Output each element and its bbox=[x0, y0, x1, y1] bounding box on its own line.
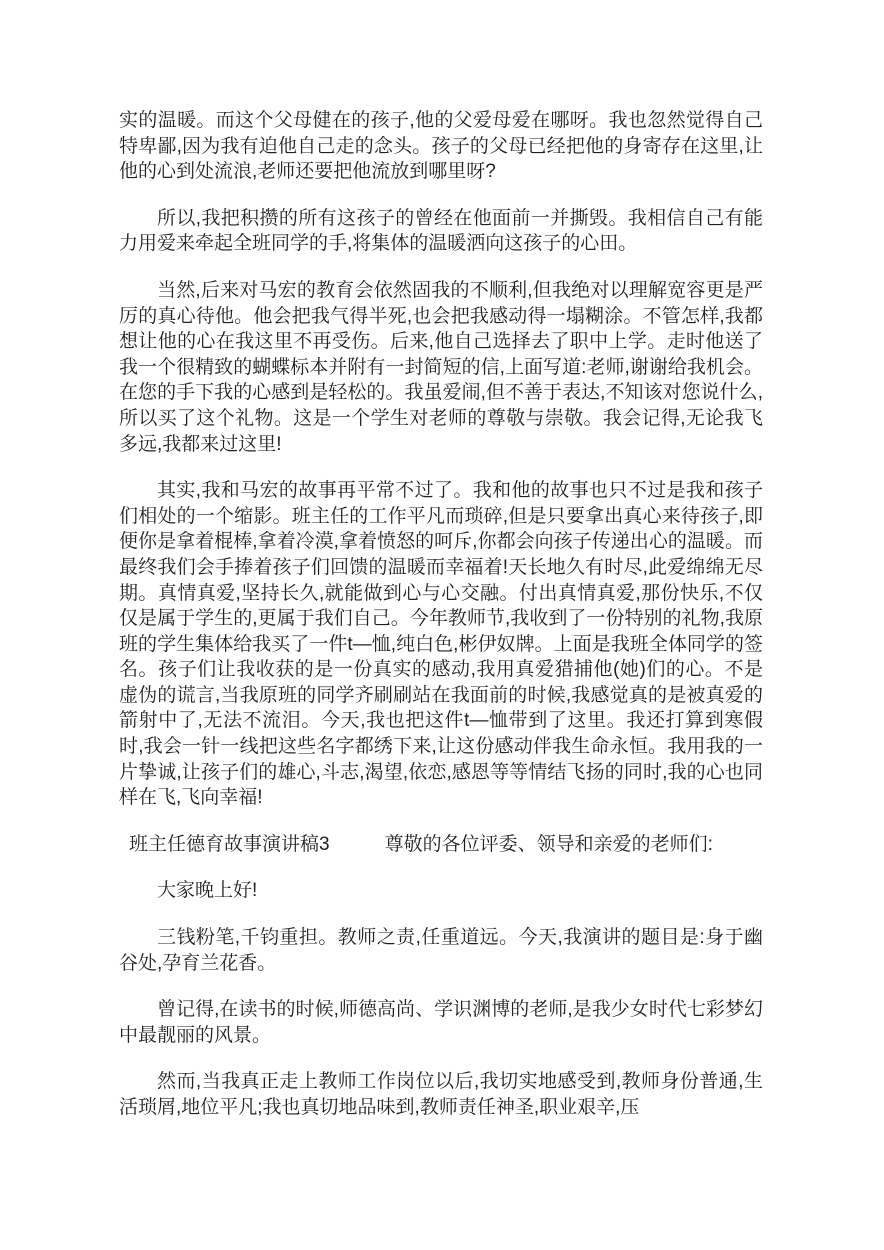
section-heading-title: 班主任德育故事演讲稿3 bbox=[129, 834, 330, 855]
section-heading-salutation: 尊敬的各位评委、领导和亲爱的老师们: bbox=[385, 834, 713, 855]
paragraph-greeting: 大家晚上好! bbox=[119, 878, 763, 904]
paragraph-memory: 曾记得,在读书的时候,师德高尚、学识渊博的老师,是我少女时代七彩梦幻中最靓丽的风… bbox=[119, 997, 763, 1048]
paragraph-mahong-education: 当然,后来对马宏的教育会依然固我的不顺利,但我绝对以理解宽容更是严厉的真心待他。… bbox=[119, 278, 763, 457]
paragraph-teaching-reality: 然而,当我真正走上教师工作岗位以后,我切实地感受到,教师身份普通,生活琐屑,地位… bbox=[119, 1069, 763, 1120]
document-content: 实的温暖。而这个父母健在的孩子,他的父爱母爱在哪呀。我也忽然觉得自己特卑鄙,因为… bbox=[119, 108, 763, 1142]
document-page: 实的温暖。而这个父母健在的孩子,他的父爱母爱在哪呀。我也忽然觉得自己特卑鄙,因为… bbox=[0, 0, 884, 1250]
paragraph-teacher-reflection: 其实,我和马宏的故事再平常不过了。我和他的故事也只不过是我和孩子们相处的一个缩影… bbox=[119, 478, 763, 811]
paragraph-resolve: 所以,我把积攒的所有这孩子的曾经在他面前一并撕毁。我相信自己有能力用爱来牵起全班… bbox=[119, 206, 763, 257]
paragraph-continuation: 实的温暖。而这个父母健在的孩子,他的父爱母爱在哪呀。我也忽然觉得自己特卑鄙,因为… bbox=[119, 108, 763, 185]
section-heading: 班主任德育故事演讲稿3尊敬的各位评委、领导和亲爱的老师们: bbox=[119, 832, 763, 858]
paragraph-speech-topic: 三钱粉笔,千钧重担。教师之责,任重道远。今天,我演讲的题目是:身于幽谷处,孕育兰… bbox=[119, 925, 763, 976]
